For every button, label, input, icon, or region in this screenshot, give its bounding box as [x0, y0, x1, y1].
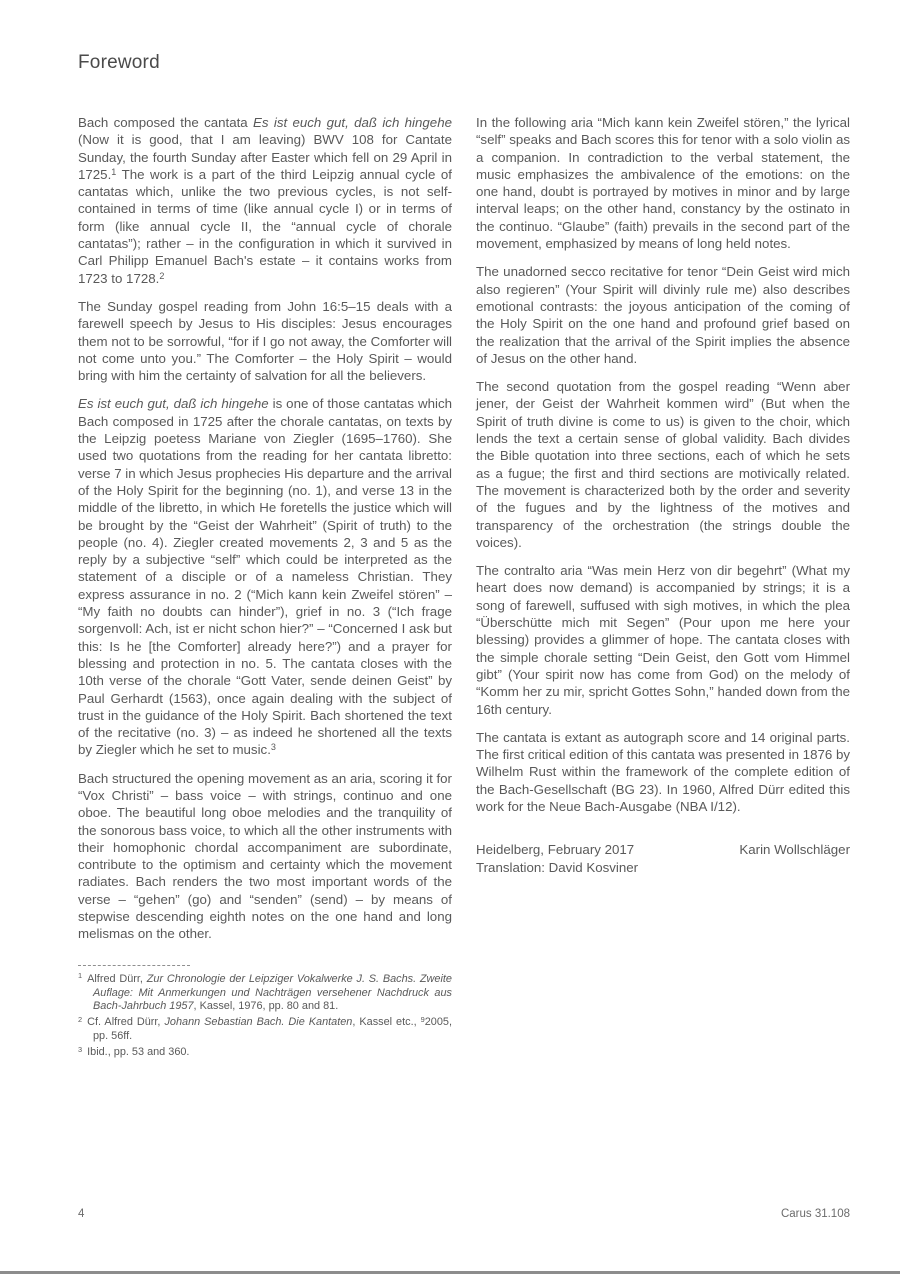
footnotes-block: 1Alfred Dürr, Zur Chronologie der Leipzi… [78, 965, 452, 1060]
left-paragraphs: Bach composed the cantata Es ist euch gu… [78, 114, 452, 943]
text-run: Johann Sebastian Bach. Die Kantaten [164, 1016, 352, 1028]
footnote-marker: 2 [78, 1015, 82, 1024]
paragraph: The contralto aria “Was mein Herz von di… [476, 562, 850, 718]
text-run: Alfred Dürr, [87, 973, 147, 985]
place-date: Heidelberg, February 2017 [476, 841, 634, 858]
text-run: , Kassel, 1976, pp. 80 and 81. [194, 1000, 339, 1012]
footnote-ref: 1 [111, 167, 116, 177]
page-title: Foreword [78, 52, 850, 74]
footnote-list: 1Alfred Dürr, Zur Chronologie der Leipzi… [78, 973, 452, 1060]
text-run: The cantata is extant as autograph score… [476, 730, 850, 814]
footnote: 1Alfred Dürr, Zur Chronologie der Leipzi… [78, 973, 452, 1015]
page-number: 4 [78, 1208, 84, 1220]
text-run: The Sunday gospel reading from John 16:5… [78, 299, 452, 383]
paragraph: The second quotation from the gospel rea… [476, 378, 850, 551]
footnote-separator [78, 965, 190, 966]
two-column-layout: Bach composed the cantata Es ist euch gu… [78, 114, 850, 1062]
paragraph: The Sunday gospel reading from John 16:5… [78, 298, 452, 384]
right-paragraphs: In the following aria “Mich kann kein Zw… [476, 114, 850, 815]
text-run: The contralto aria “Was mein Herz von di… [476, 563, 850, 716]
paragraph: In the following aria “Mich kann kein Zw… [476, 114, 850, 252]
author-name: Karin Wollschläger [739, 841, 850, 858]
footnote-ref: 3 [271, 742, 276, 752]
right-column: In the following aria “Mich kann kein Zw… [476, 114, 850, 1062]
paragraph: Bach structured the opening movement as … [78, 770, 452, 943]
signature-row: Heidelberg, February 2017 Karin Wollschl… [476, 841, 850, 858]
text-run: Bach composed the cantata [78, 115, 253, 130]
paragraph: The cantata is extant as autograph score… [476, 729, 850, 815]
footnote-ref: 2 [159, 271, 164, 281]
footnote: 2Cf. Alfred Dürr, Johann Sebastian Bach.… [78, 1016, 452, 1044]
footnote: 3Ibid., pp. 53 and 360. [78, 1046, 452, 1060]
text-run: , Kassel etc., [352, 1016, 420, 1028]
foreword-page: Foreword Bach composed the cantata Es is… [0, 0, 900, 1274]
text-run: The unadorned secco recitative for tenor… [476, 264, 850, 365]
paragraph: Es ist euch gut, daß ich hingehe is one … [78, 395, 452, 758]
page-footer: 4 Carus 31.108 [78, 1208, 850, 1220]
footnote-marker: 1 [78, 971, 82, 980]
left-column: Bach composed the cantata Es ist euch gu… [78, 114, 452, 1062]
text-run: is one of those cantatas which Bach comp… [78, 396, 452, 757]
text-run: The second quotation from the gospel rea… [476, 379, 850, 550]
paragraph: The unadorned secco recitative for tenor… [476, 263, 850, 367]
text-run: Bach structured the opening movement as … [78, 771, 452, 942]
text-run: In the following aria “Mich kann kein Zw… [476, 115, 850, 251]
footnote-ref: 9 [421, 1015, 425, 1024]
text-run: Es ist euch gut, daß ich hingehe [253, 115, 452, 130]
translator-credit: Translation: David Kosviner [476, 859, 850, 876]
text-run: The work is a part of the third Leipzig … [78, 167, 452, 286]
text-run: Cf. Alfred Dürr, [87, 1016, 164, 1028]
footnote-marker: 3 [78, 1045, 82, 1054]
paragraph: Bach composed the cantata Es ist euch gu… [78, 114, 452, 287]
signature-block: Heidelberg, February 2017 Karin Wollschl… [476, 841, 850, 876]
text-run: Es ist euch gut, daß ich hingehe [78, 396, 269, 411]
edition-number: Carus 31.108 [781, 1208, 850, 1220]
text-run: Ibid., pp. 53 and 360. [87, 1046, 189, 1058]
